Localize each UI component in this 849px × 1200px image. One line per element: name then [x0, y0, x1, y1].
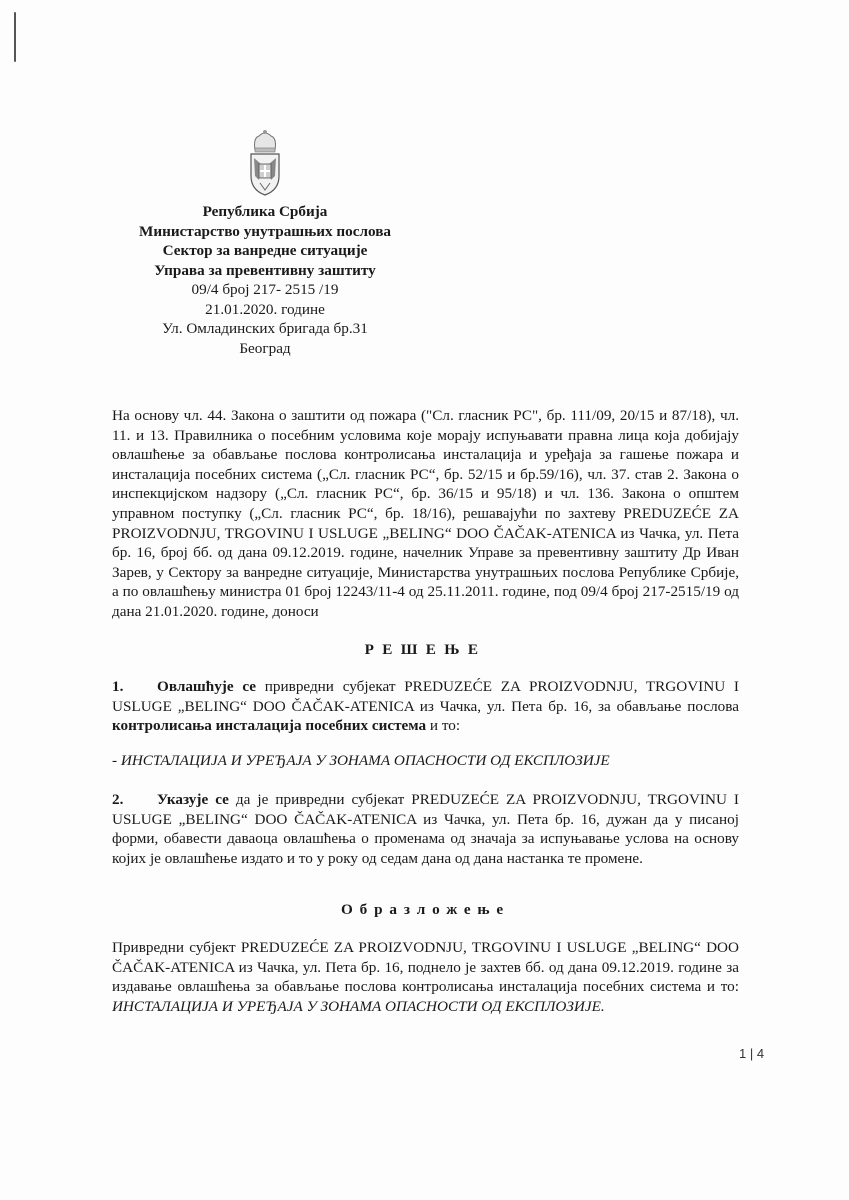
header-department: Управа за превентивну заштиту: [100, 261, 430, 281]
item-1-number: 1.: [112, 677, 157, 697]
page-number: 1 | 4: [739, 1046, 764, 1061]
header-ministry: Министарство унутрашњих послова: [100, 222, 430, 242]
preamble-paragraph: На основу чл. 44. Закона о заштити од по…: [112, 406, 739, 622]
item-1-bold-tail: контролисања инсталација посебних систем…: [112, 717, 426, 734]
item-2-lead: Указује се: [157, 791, 229, 808]
rationale-title: Образложење: [112, 901, 739, 919]
decision-item-1: 1.Овлашћује се привредни субјекат PREDUZ…: [112, 677, 739, 736]
item-1-tail: и то:: [426, 717, 460, 734]
rationale-paragraph: Привредни субјект PREDUZEĆE ZA PROIZVODN…: [112, 938, 739, 1016]
document-header: Република Србија Министарство унутрашњих…: [100, 128, 430, 358]
header-street: Ул. Омладинских бригада бр.31: [100, 319, 430, 339]
header-date: 21.01.2020. године: [100, 300, 430, 320]
staple-mark: [14, 12, 16, 62]
header-republic: Република Србија: [100, 202, 430, 222]
decision-scope: - ИНСТАЛАЦИЈА И УРЕЂАЈА У ЗОНАМА ОПАСНОС…: [112, 751, 739, 771]
header-reference-number: 09/4 број 217- 2515 /19: [100, 280, 430, 300]
rationale-text: Привредни субјект PREDUZEĆE ZA PROIZVODN…: [112, 939, 739, 995]
header-sector: Сектор за ванредне ситуације: [100, 241, 430, 261]
item-2-number: 2.: [112, 790, 157, 810]
rationale-italic-tail: ИНСТАЛАЦИЈА И УРЕЂАЈА У ЗОНАМА ОПАСНОСТИ…: [112, 998, 605, 1015]
decision-item-2: 2.Указује се да је привредни субјекат PR…: [112, 790, 739, 868]
decision-title: РЕШЕЊЕ: [112, 641, 739, 659]
header-city: Београд: [100, 339, 430, 359]
serbian-coat-of-arms-icon: [245, 128, 285, 198]
item-1-lead: Овлашћује се: [157, 678, 256, 695]
